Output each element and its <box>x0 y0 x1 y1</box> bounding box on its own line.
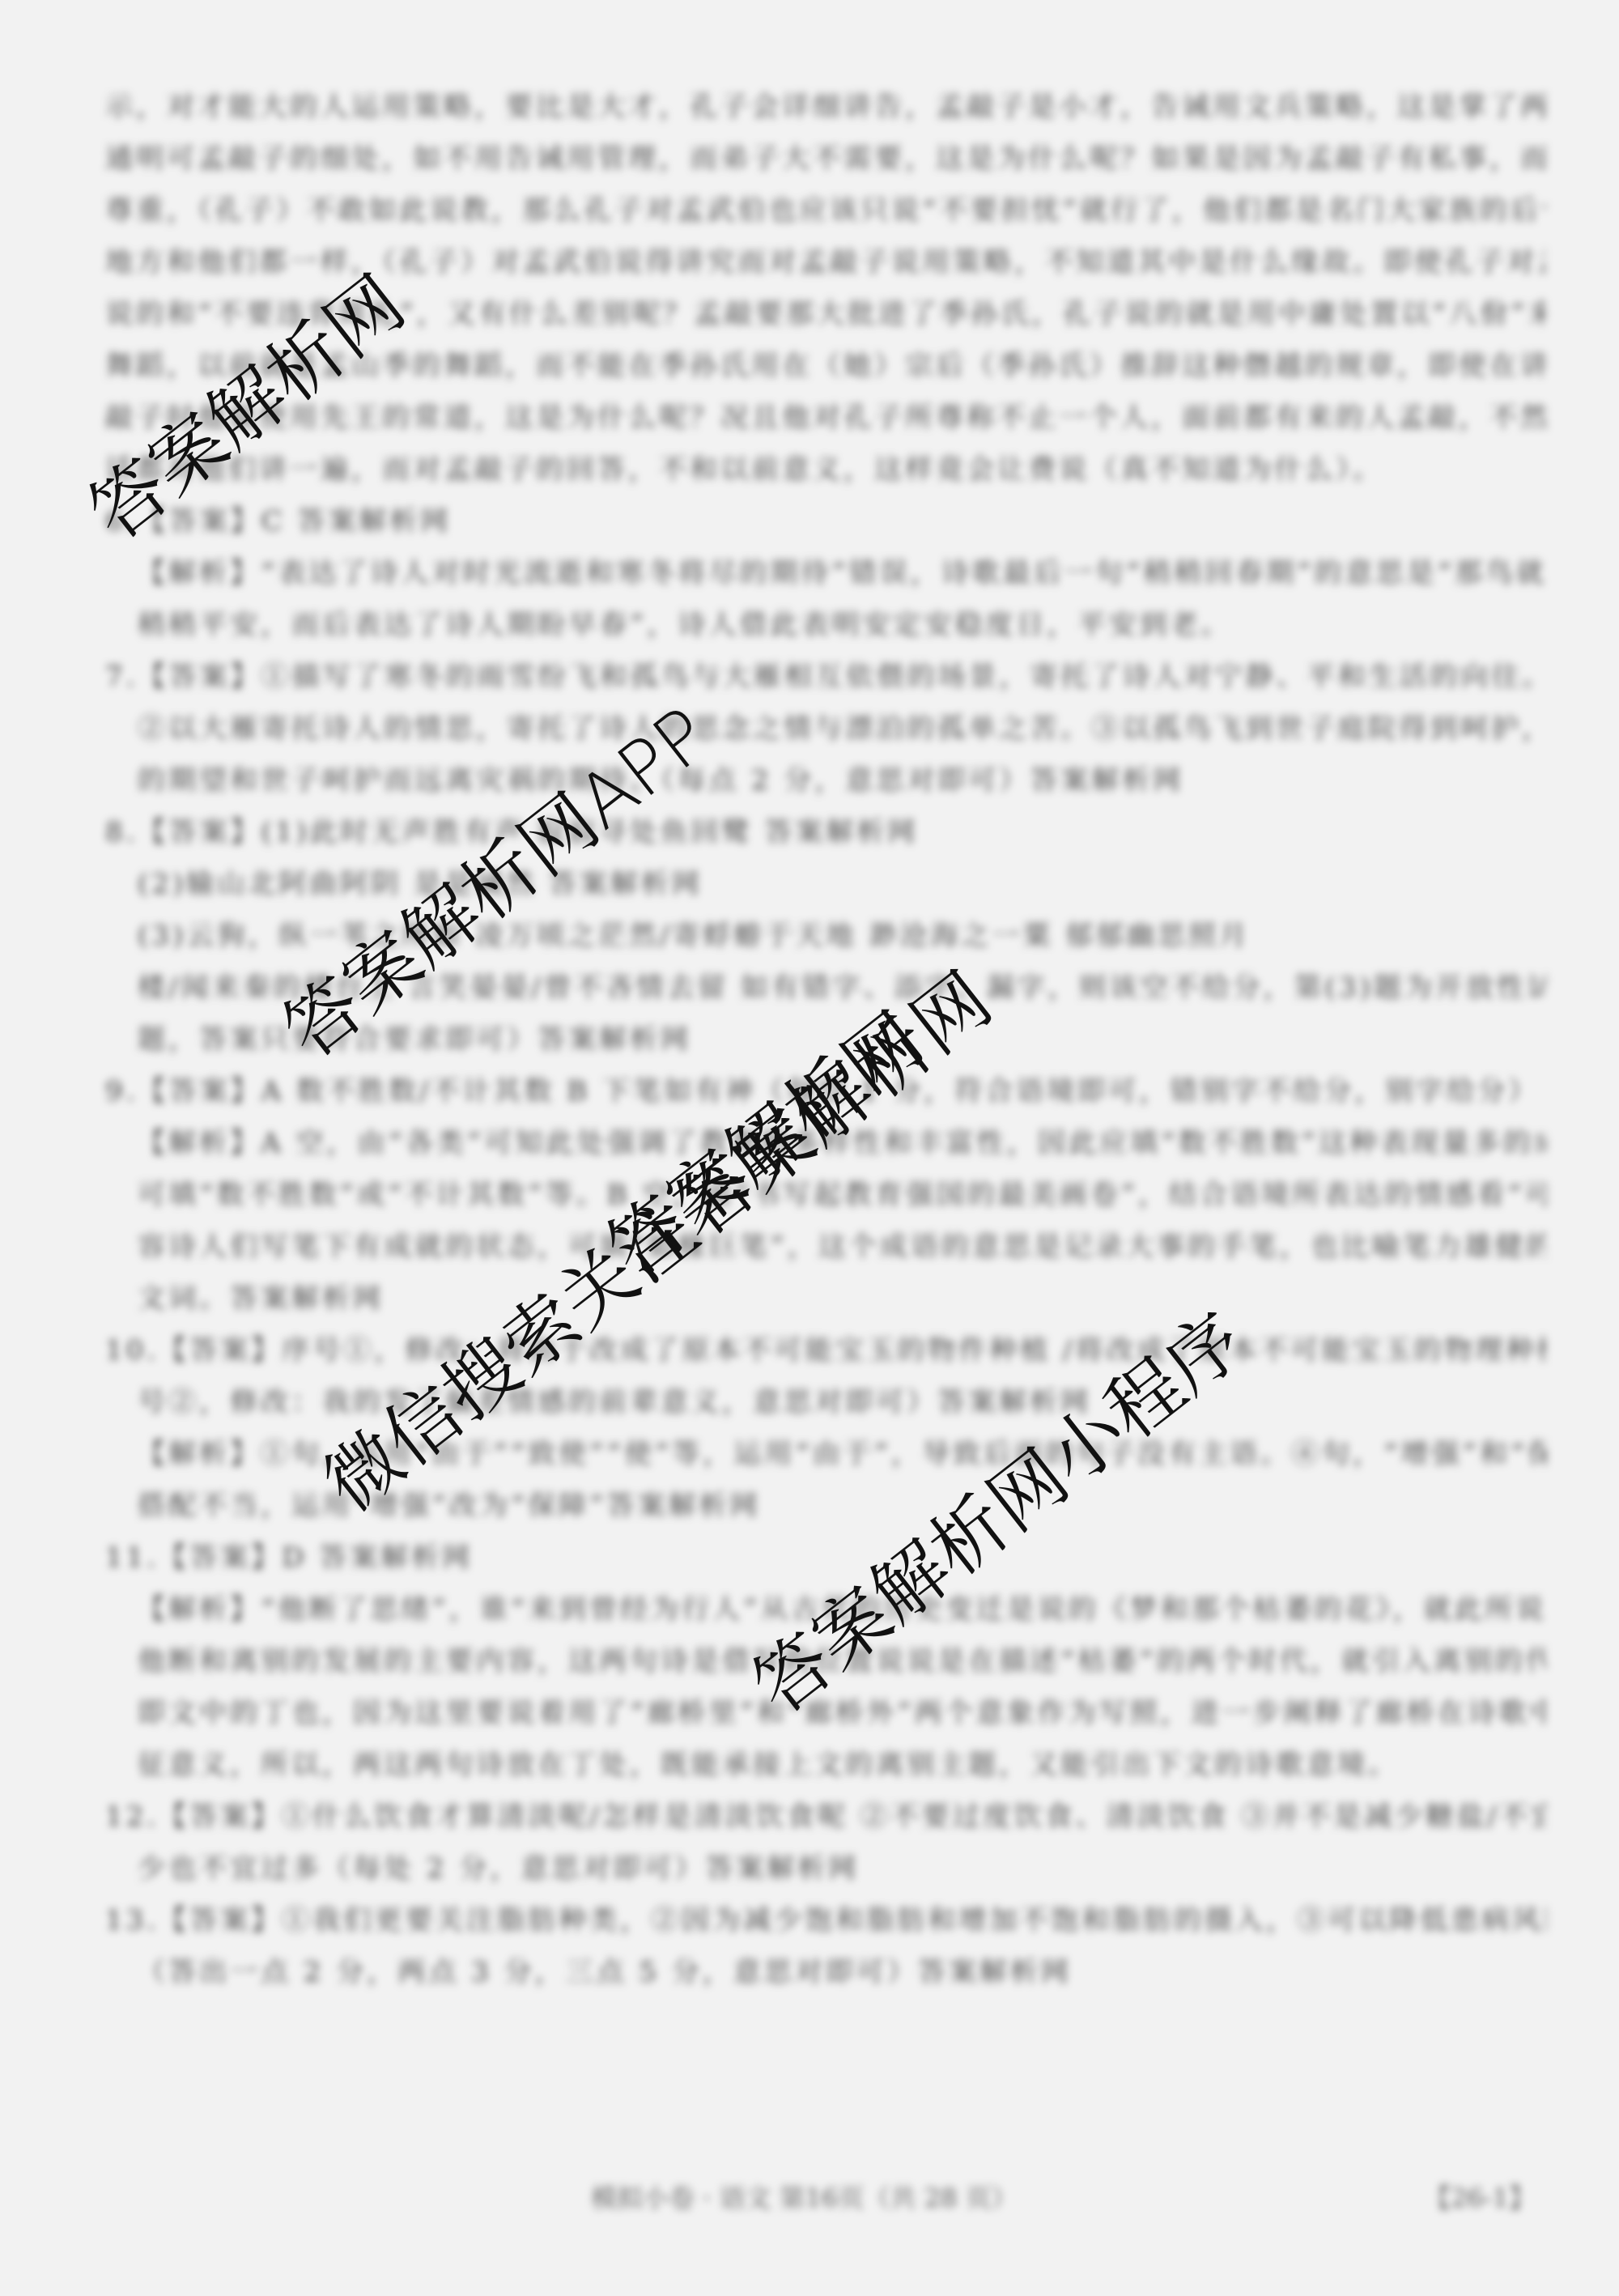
text-line: 征意义，所以，两这两句诗放在丁处，既能承接上文的离别主题，又能引出下文的诗歌意境… <box>105 1739 1546 1791</box>
text-line: 稍稍平安，而后表达了诗人期盼早春”，诗人借此表明安定安稳度日，平安到老。 <box>105 599 1546 651</box>
document-page: 示，对才能大的人运用策略，要比是大才，孔子会详细讲告，孟敲子是小才，告诫用文兵策… <box>0 0 1619 2296</box>
text-line: 尊重，（孔子）不敢如此说教，那么孔子对孟武伯也应该只说“不要担忧”就行了，他们都… <box>105 185 1546 236</box>
text-line: 容诗人们写笔下有成就的状态，可填“如椽巨笔”，这个成语的意思是记录大事的手笔，也… <box>105 1221 1546 1273</box>
text-line: 的期望和世子呵护而远离灾祸的期待。（每点 2 分，意思对即可）答案解析网 <box>105 755 1546 806</box>
text-line: 12.【答案】①什么饮食才算清淡呢/怎样是清淡饮食呢 ②不要过度饮食、清淡饮食 … <box>105 1791 1546 1843</box>
text-line: 示，对才能大的人运用策略，要比是大才，孔子会详细讲告，孟敲子是小才，告诫用文兵策… <box>105 81 1546 133</box>
text-line: 7.【答案】①描写了寒冬的雨雪纷飞和孤鸟与大雁相互依偎的场景，寄托了诗人对宁静、… <box>105 651 1546 703</box>
text-line: 话都对他们讲一遍，而对孟敲子的回答，不和以前意义，这样竟会让费说（真不知道为什么… <box>105 444 1546 495</box>
text-line: 搭配不当，运用“增强”改为“保障”答案解析网 <box>105 1480 1546 1532</box>
footer-page-info: 模拟小卷 · 语文 第16页（共 28 页） <box>591 2178 1017 2215</box>
text-line: 少也不宜过多（每处 2 分，意思对即可）答案解析网 <box>105 1843 1546 1894</box>
text-line: 13.【答案】①我们更要关注脂肪种类，②因为减少饱和脂肪和增加不饱和脂肪的摄入，… <box>105 1894 1546 1946</box>
text-line: 号②，修改：我的发了偏差情感的前辈意义，意思对即可）答案解析网 <box>105 1376 1546 1428</box>
text-line: 8.【答案】(1)此时无声胜有声 寂寂寻处鱼回鹭 答案解析网 <box>105 806 1546 858</box>
text-line: 可填“数不胜数”或“不计其数”等。B 空，由“书写起教育强国的最美画卷”，结合语… <box>105 1169 1546 1221</box>
text-line: 文词。答案解析网 <box>105 1273 1546 1324</box>
text-line: 6.【答案】C 答案解析网 <box>105 495 1546 547</box>
text-line: (2)输山北阿曲阿阴 是是诚然 答案解析网 <box>105 858 1546 910</box>
text-line: （答出一点 2 分，两点 3 分，三点 5 分，意思对即可）答案解析网 <box>105 1946 1546 1998</box>
text-line: 通明可孟敲子的细处，如不用告诫用管理，而弟子大不需要，这是为什么呢？如果是因为孟… <box>105 133 1546 185</box>
text-line: 【解析】“表达了诗人对时光流逝和寒冬将尽的期待”错误，诗歌最后一句“稍稍回春期”… <box>105 547 1546 599</box>
footer-code: 【26-1】 <box>1425 2178 1535 2215</box>
text-line: 10.【答案】序号①，修改：将由于改成了原本不可能宝玉的物件种植 /将改成了原本… <box>105 1324 1546 1376</box>
text-line: ②以大雁寄托诗人的情思，寄托了诗人的思念之情与漂泊的孤单之苦。③以孤鸟飞到世子庭… <box>105 703 1546 755</box>
